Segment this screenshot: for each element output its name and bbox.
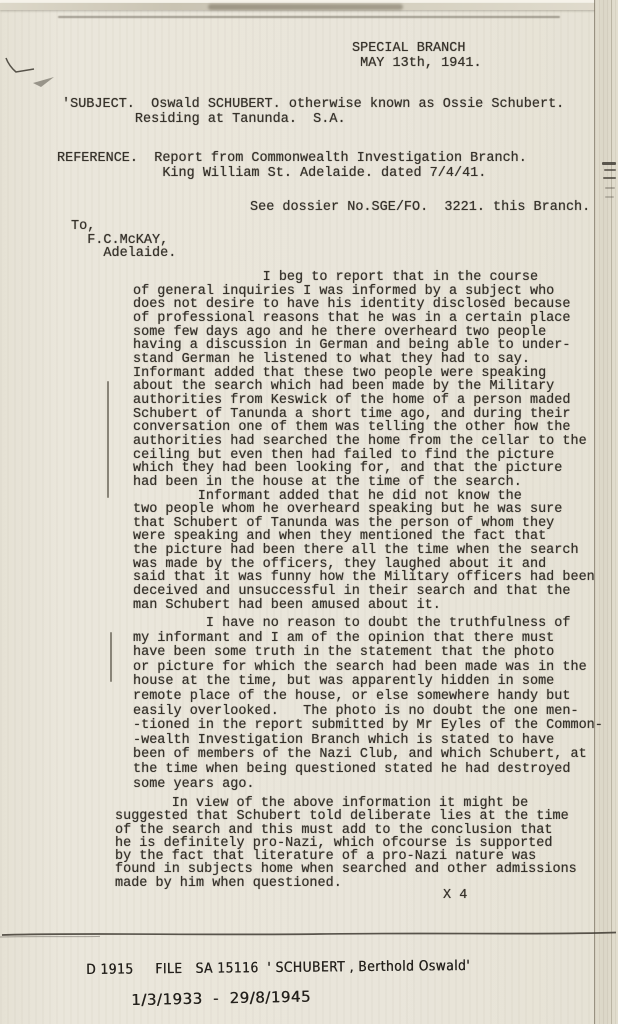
dossier-line: See dossier No.SGE/FO. 3221. this Branch… <box>250 201 590 215</box>
edge-ink-dash <box>605 196 614 198</box>
edge-ink-dash <box>603 177 616 179</box>
edge-ink-dash <box>602 162 616 165</box>
recipient-block: To, F.C.McKAY, Adelaide. <box>71 220 176 261</box>
pen-tick-mark <box>0 50 70 95</box>
edge-ink-dash <box>604 169 616 171</box>
right-page-fold-line-2 <box>611 0 612 1024</box>
margin-emphasis-line-1 <box>107 381 109 498</box>
body-paragraph-2: I have no reason to doubt the truthfulne… <box>133 617 603 792</box>
scan-top-crease-line <box>58 16 560 18</box>
margin-emphasis-line-2 <box>110 632 112 682</box>
body-paragraph-3: In view of the above information it migh… <box>115 797 577 890</box>
scanned-document-page: SPECIAL BRANCH MAY 13th, 1941. 'SUBJECT.… <box>0 0 618 1024</box>
archive-note-line-2: 1/3/1933 - 29/8/1945 <box>131 988 311 1009</box>
reference-block: REFERENCE. Report from Commonwealth Inve… <box>57 151 527 181</box>
letterhead-branch-and-date: SPECIAL BRANCH MAY 13th, 1941. <box>352 41 482 71</box>
subject-block: 'SUBJECT. Oswald SCHUBERT. otherwise kno… <box>62 97 564 127</box>
body-paragraph-1: I beg to report that in the course of ge… <box>133 271 595 612</box>
divider-line <box>0 927 618 941</box>
right-page-fold-strip <box>595 0 618 1024</box>
page-mark: X 4 <box>443 889 467 903</box>
scan-top-smudge <box>208 4 403 10</box>
edge-ink-dash <box>605 187 615 189</box>
archive-note-line-1: D 1915 FILE SA 15116 ' SCHUBERT , Bertho… <box>86 958 470 978</box>
